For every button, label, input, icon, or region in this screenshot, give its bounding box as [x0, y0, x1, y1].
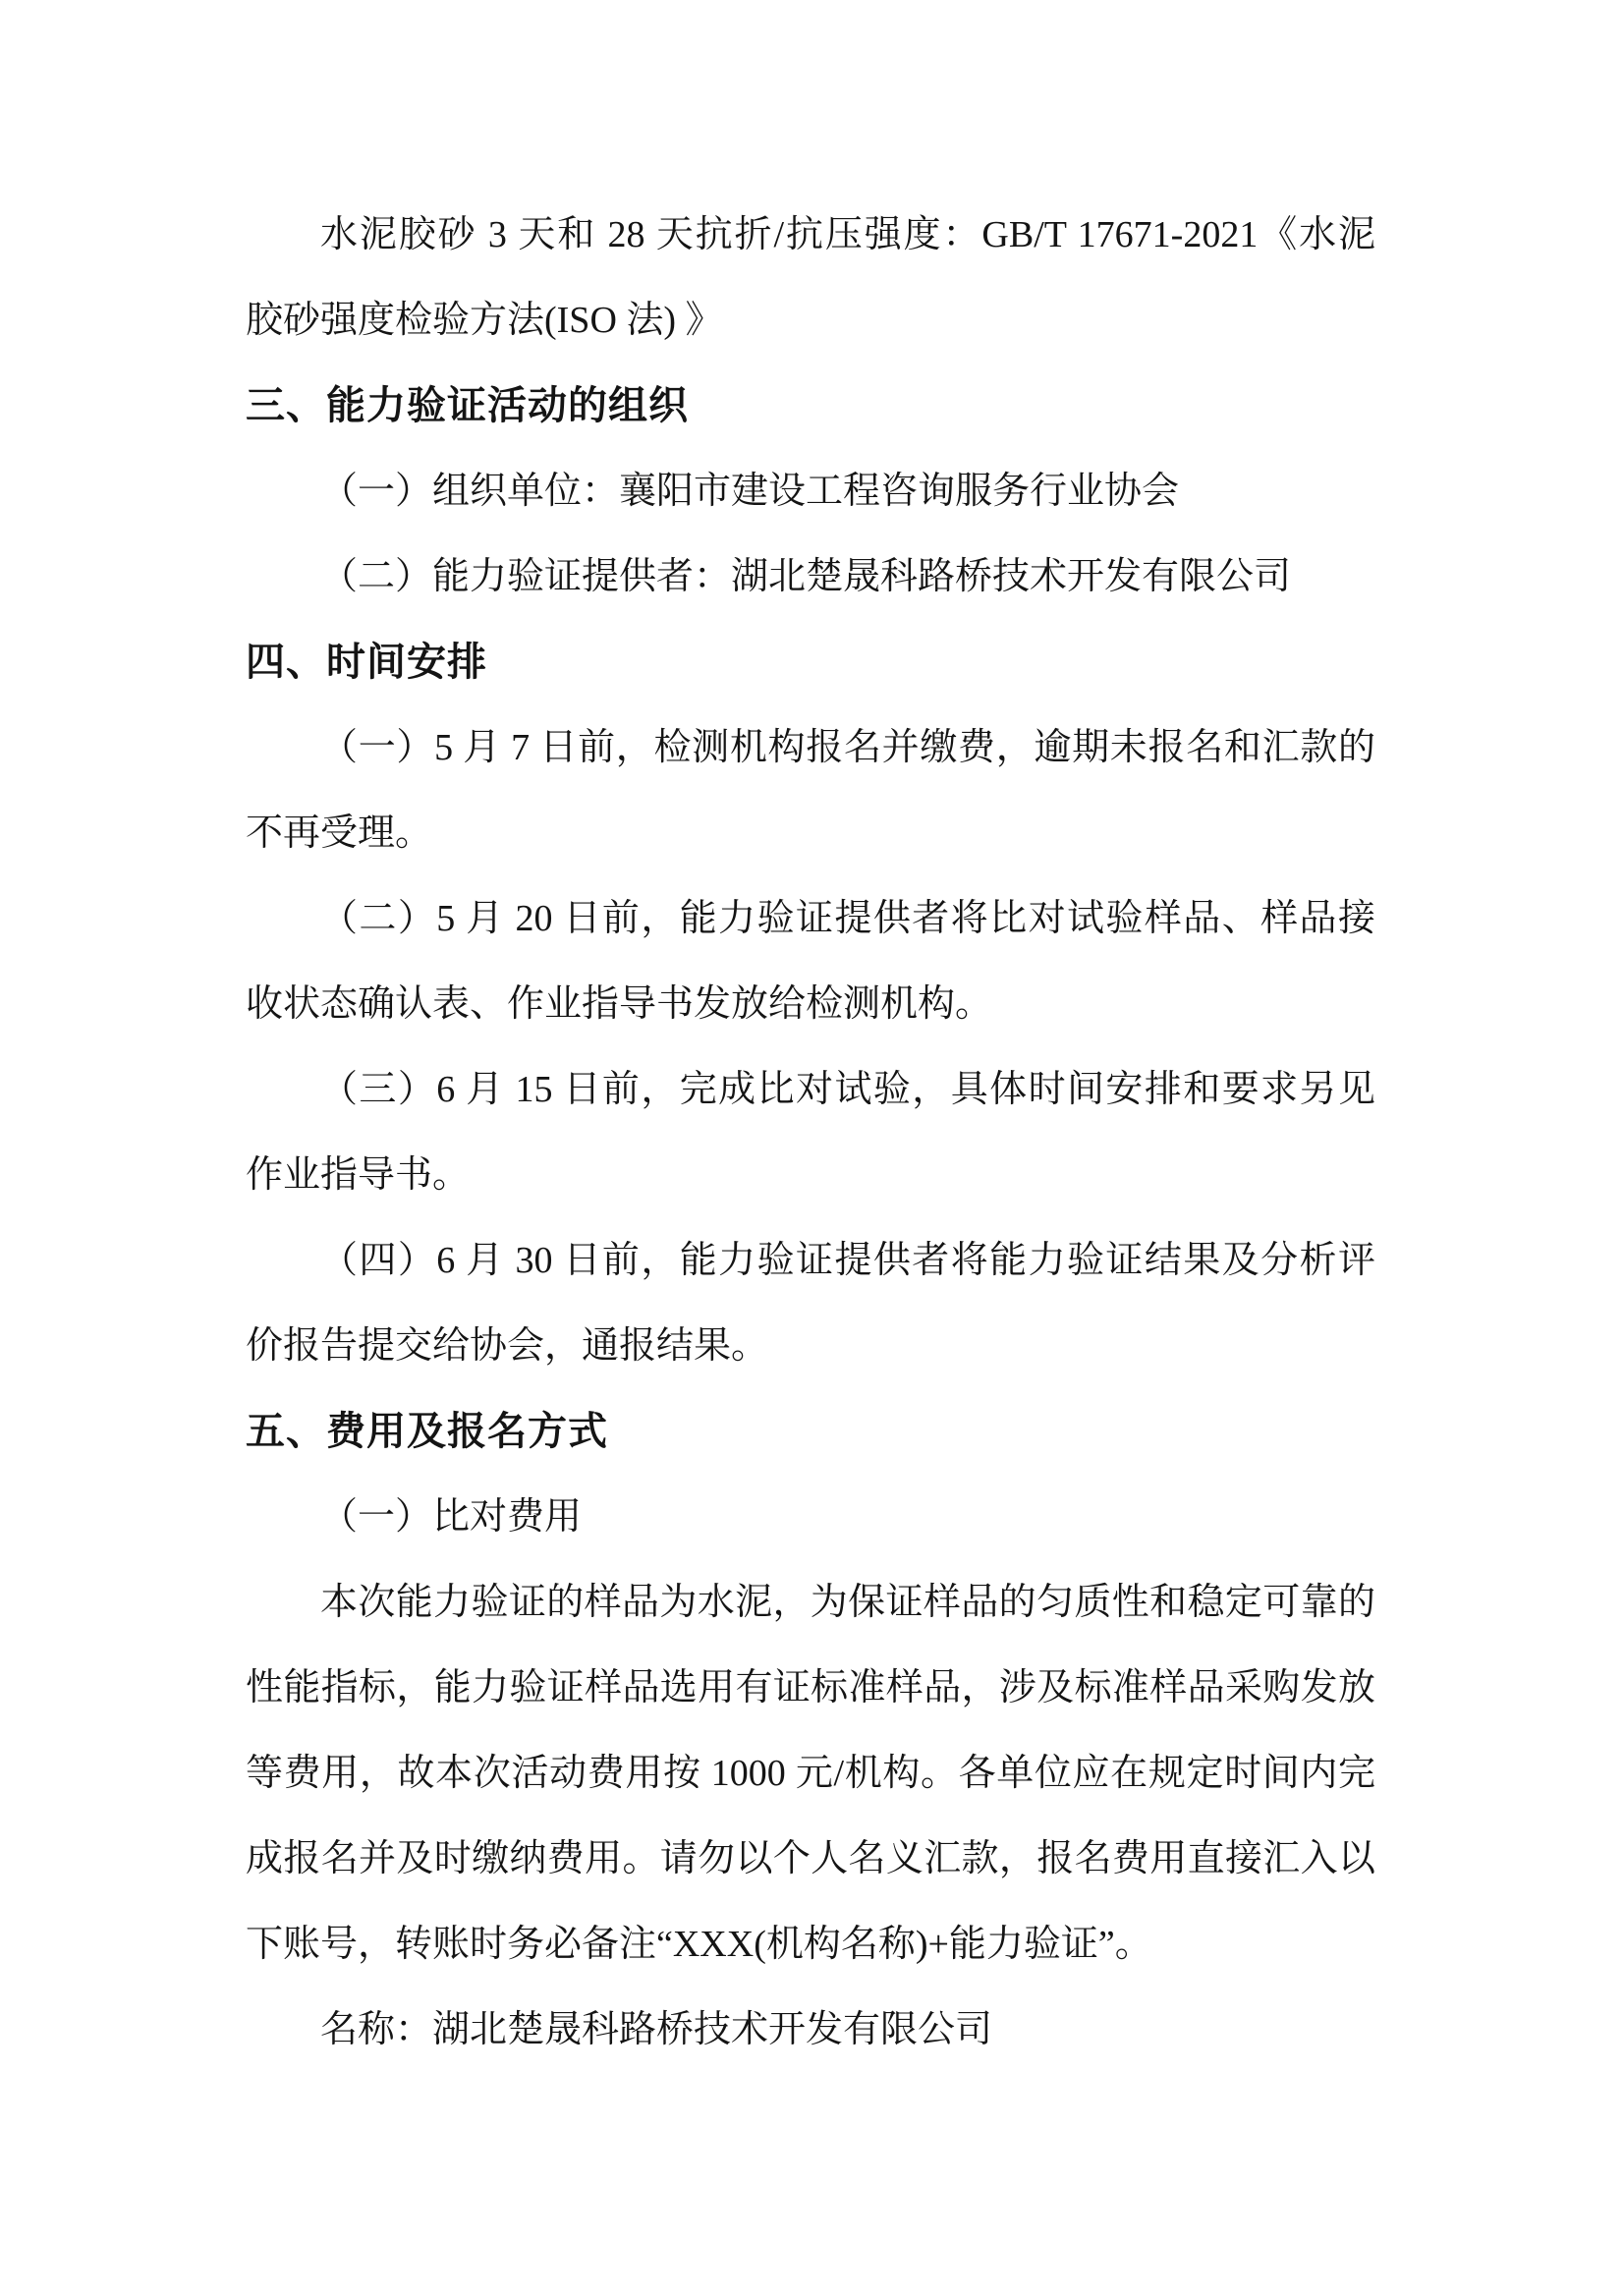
paragraph: （三）6 月 15 日前，完成比对试验，具体时间安排和要求另见作业指导书。 [246, 1047, 1375, 1218]
text-line: 收状态确认表、作业指导书发放给检测机构。 [246, 962, 1375, 1047]
text-line: 水泥胶砂 3 天和 28 天抗折/抗压强度：GB/T 17671-2021《水泥 [246, 193, 1375, 278]
text-line: 三、能力验证活动的组织 [246, 364, 1375, 449]
text-line: （一）比对费用 [246, 1475, 1375, 1560]
text-line: 五、费用及报名方式 [246, 1389, 1375, 1475]
text-line: 等费用，故本次活动费用按 1000 元/机构。各单位应在规定时间内完 [246, 1731, 1375, 1817]
text-line: 胶砂强度检验方法(ISO 法) 》 [246, 278, 1375, 364]
text-line: （四）6 月 30 日前，能力验证提供者将能力验证结果及分析评 [246, 1218, 1375, 1304]
text-line: 成报名并及时缴纳费用。请勿以个人名义汇款，报名费用直接汇入以 [246, 1817, 1375, 1902]
paragraph: （一）组织单位：襄阳市建设工程咨询服务行业协会 [246, 449, 1375, 534]
paragraph: 水泥胶砂 3 天和 28 天抗折/抗压强度：GB/T 17671-2021《水泥… [246, 193, 1375, 364]
paragraph: （二）5 月 20 日前，能力验证提供者将比对试验样品、样品接收状态确认表、作业… [246, 876, 1375, 1047]
paragraph: （二）能力验证提供者：湖北楚晟科路桥技术开发有限公司 [246, 534, 1375, 620]
paragraph: （一）比对费用 [246, 1475, 1375, 1560]
text-line: 名称：湖北楚晟科路桥技术开发有限公司 [246, 1988, 1375, 2073]
text-line: 四、时间安排 [246, 620, 1375, 705]
text-line: （二）能力验证提供者：湖北楚晟科路桥技术开发有限公司 [246, 534, 1375, 620]
text-line: 性能指标，能力验证样品选用有证标准样品，涉及标准样品采购发放 [246, 1646, 1375, 1731]
paragraph: （四）6 月 30 日前，能力验证提供者将能力验证结果及分析评价报告提交给协会，… [246, 1218, 1375, 1389]
document-page: 水泥胶砂 3 天和 28 天抗折/抗压强度：GB/T 17671-2021《水泥… [0, 0, 1623, 2296]
paragraph: 本次能力验证的样品为水泥，为保证样品的匀质性和稳定可靠的性能指标，能力验证样品选… [246, 1560, 1375, 1988]
text-line: （三）6 月 15 日前，完成比对试验，具体时间安排和要求另见 [246, 1047, 1375, 1133]
section-heading: 五、费用及报名方式 [246, 1389, 1375, 1475]
text-line: 不再受理。 [246, 791, 1375, 876]
section-heading: 三、能力验证活动的组织 [246, 364, 1375, 449]
text-line: （一）5 月 7 日前，检测机构报名并缴费，逾期未报名和汇款的 [246, 705, 1375, 791]
text-line: （一）组织单位：襄阳市建设工程咨询服务行业协会 [246, 449, 1375, 534]
text-line: （二）5 月 20 日前，能力验证提供者将比对试验样品、样品接 [246, 876, 1375, 962]
text-line: 价报告提交给协会，通报结果。 [246, 1304, 1375, 1389]
paragraph: 名称：湖北楚晟科路桥技术开发有限公司 [246, 1988, 1375, 2073]
text-line: 本次能力验证的样品为水泥，为保证样品的匀质性和稳定可靠的 [246, 1560, 1375, 1646]
section-heading: 四、时间安排 [246, 620, 1375, 705]
paragraph: （一）5 月 7 日前，检测机构报名并缴费，逾期未报名和汇款的不再受理。 [246, 705, 1375, 876]
text-line: 下账号，转账时务必备注“XXX(机构名称)+能力验证”。 [246, 1902, 1375, 1988]
document-body: 水泥胶砂 3 天和 28 天抗折/抗压强度：GB/T 17671-2021《水泥… [246, 193, 1375, 2073]
text-line: 作业指导书。 [246, 1133, 1375, 1218]
